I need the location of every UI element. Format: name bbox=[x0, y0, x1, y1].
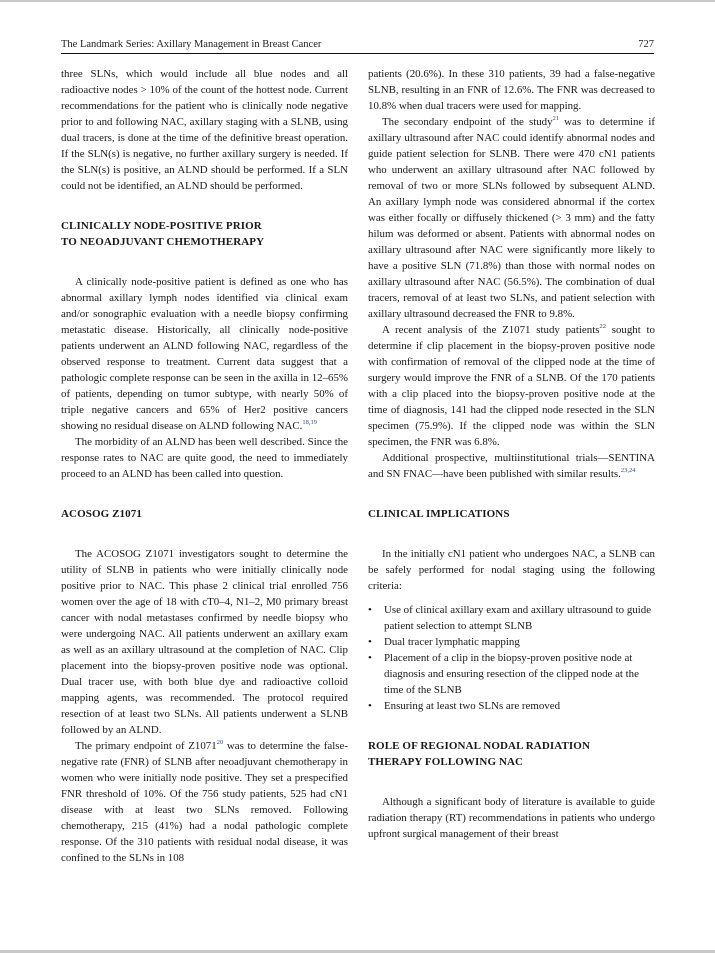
list-item: Ensuring at least two SLNs are removed bbox=[368, 698, 655, 714]
list-item: Use of clinical axillary exam and axilla… bbox=[368, 602, 655, 634]
paragraph-text: was to determine the false-negative rate… bbox=[61, 740, 348, 864]
paragraph-text: The secondary endpoint of the study bbox=[382, 116, 553, 128]
citation-ref[interactable]: 18,19 bbox=[302, 419, 317, 426]
citation-ref[interactable]: 23,24 bbox=[621, 467, 636, 474]
list-item: Dual tracer lymphatic mapping bbox=[368, 634, 655, 650]
heading-line: TO NEOADJUVANT CHEMOTHERAPY bbox=[61, 236, 264, 248]
paragraph-text: A clinically node-positive patient is de… bbox=[61, 276, 348, 432]
top-border bbox=[0, 0, 715, 2]
paragraph: The morbidity of an ALND has been well d… bbox=[61, 434, 348, 482]
paragraph-text: A recent analysis of the Z1071 study pat… bbox=[382, 324, 599, 336]
heading-line: THERAPY FOLLOWING NAC bbox=[368, 756, 523, 768]
section-heading-acosog-z1071: ACOSOG Z1071 bbox=[61, 506, 348, 522]
paragraph: A clinically node-positive patient is de… bbox=[61, 274, 348, 434]
paragraph-text: sought to determine if clip placement in… bbox=[368, 324, 655, 448]
paragraph-text: The primary endpoint of Z1071 bbox=[75, 740, 217, 752]
paragraph: A recent analysis of the Z1071 study pat… bbox=[368, 322, 655, 450]
paragraph: Additional prospective, multiinstitution… bbox=[368, 450, 655, 482]
paragraph: The secondary endpoint of the study21 wa… bbox=[368, 114, 655, 322]
heading-line: ROLE OF REGIONAL NODAL RADIATION bbox=[368, 740, 590, 752]
running-header: The Landmark Series: Axillary Management… bbox=[61, 39, 654, 54]
paragraph: patients (20.6%). In these 310 patients,… bbox=[368, 66, 655, 114]
section-heading-clinical-implications: CLINICAL IMPLICATIONS bbox=[368, 506, 655, 522]
heading-line: CLINICALLY NODE-POSITIVE PRIOR bbox=[61, 220, 262, 232]
paragraph: The primary endpoint of Z107120 was to d… bbox=[61, 738, 348, 866]
list-item: Placement of a clip in the biopsy-proven… bbox=[368, 650, 655, 698]
running-title: The Landmark Series: Axillary Management… bbox=[61, 39, 321, 50]
section-heading-clinically-node-positive: CLINICALLY NODE-POSITIVE PRIOR TO NEOADJ… bbox=[61, 218, 348, 250]
page-number: 727 bbox=[638, 39, 654, 50]
right-column: patients (20.6%). In these 310 patients,… bbox=[368, 66, 655, 842]
section-heading-regional-nodal-radiation: ROLE OF REGIONAL NODAL RADIATION THERAPY… bbox=[368, 738, 655, 770]
paragraph-text: was to determine if axillary ultrasound … bbox=[368, 116, 655, 320]
paragraph: three SLNs, which would include all blue… bbox=[61, 66, 348, 194]
paragraph: Although a significant body of literatur… bbox=[368, 794, 655, 842]
paragraph: In the initially cN1 patient who undergo… bbox=[368, 546, 655, 594]
criteria-list: Use of clinical axillary exam and axilla… bbox=[368, 602, 655, 714]
paragraph-text: Additional prospective, multiinstitution… bbox=[368, 452, 655, 480]
paragraph: The ACOSOG Z1071 investigators sought to… bbox=[61, 546, 348, 738]
left-column: three SLNs, which would include all blue… bbox=[61, 66, 348, 866]
